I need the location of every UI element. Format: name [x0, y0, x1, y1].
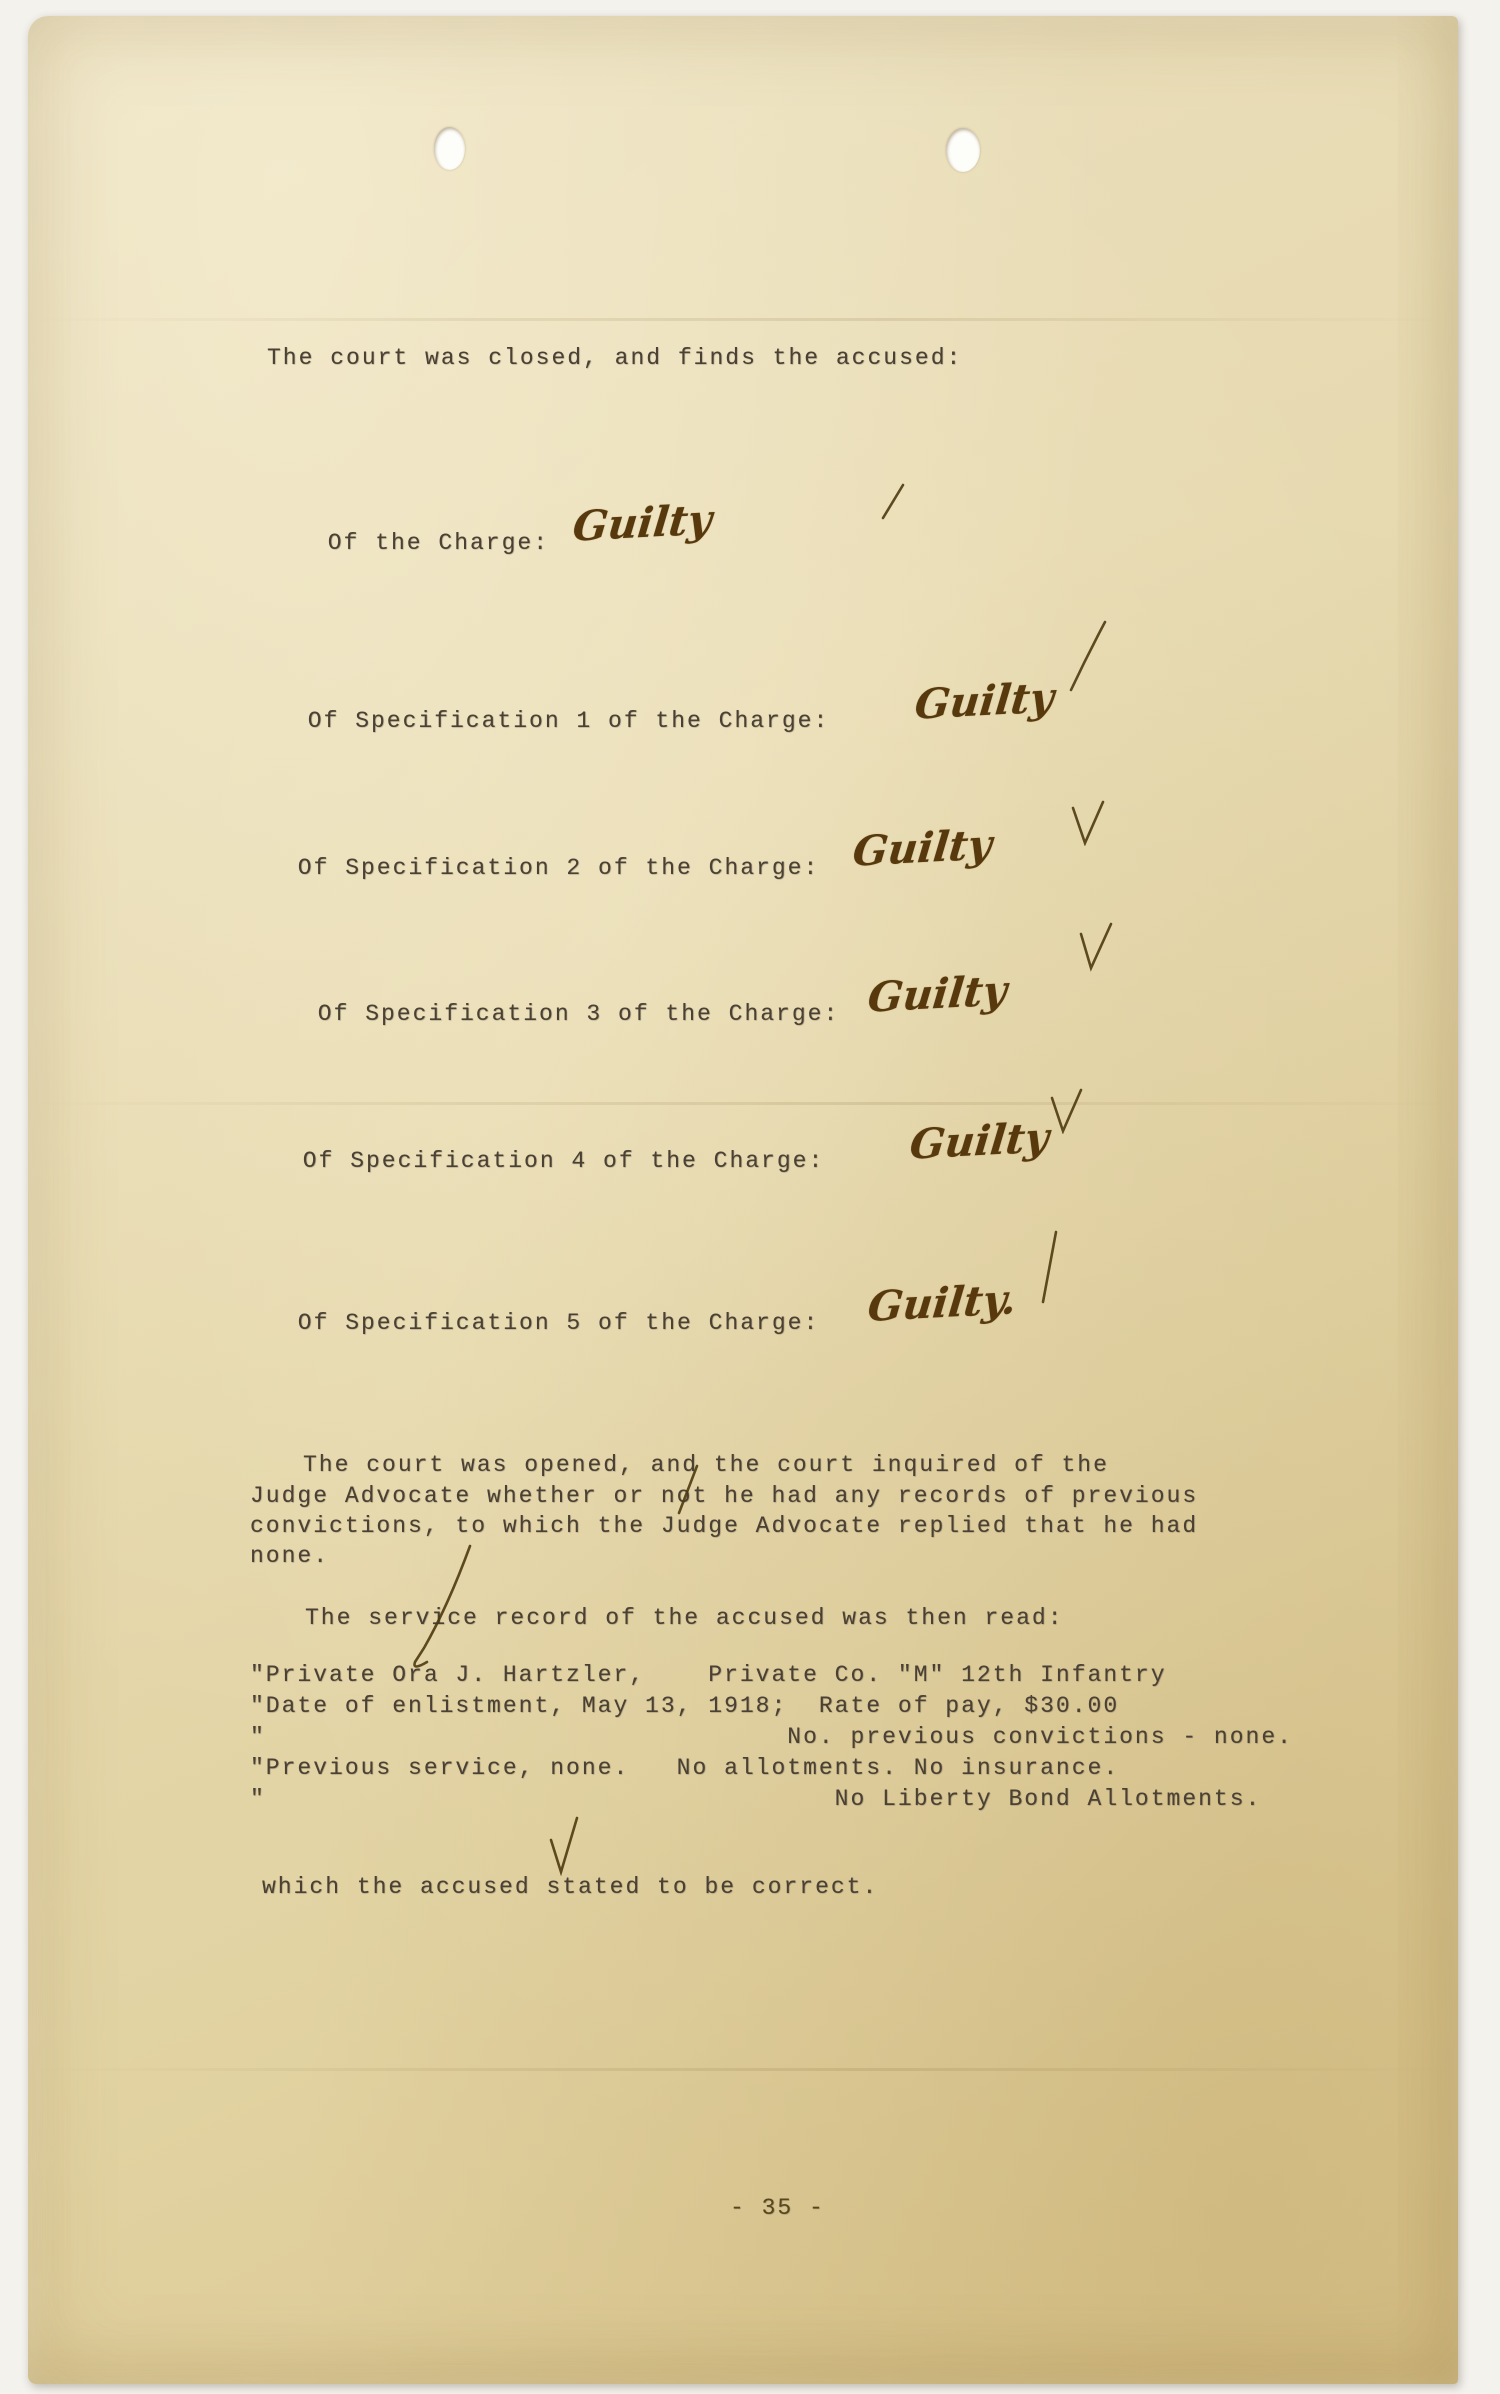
finding-row-spec3: Of Specification 3 of the Charge:Guilty	[300, 968, 1007, 1045]
handwritten-verdict: Guilty	[908, 1117, 1051, 1166]
finding-label: Of the Charge:	[328, 530, 549, 556]
paper-crease	[28, 1102, 1458, 1105]
tick-mark-icon	[1038, 1230, 1060, 1306]
finding-label: Of Specification 3 of the Charge:	[318, 1001, 839, 1027]
service-record-line: "Date of enlistment, May 13, 1918; Rate …	[250, 1693, 1119, 1719]
checkmark-icon	[880, 483, 906, 521]
punch-hole-left	[434, 127, 465, 170]
finding-label: Of Specification 5 of the Charge:	[298, 1310, 819, 1336]
paragraph-line: none.	[250, 1543, 329, 1569]
checkmark-icon	[1078, 922, 1114, 972]
page-number: - 35 -	[730, 2195, 825, 2221]
handwritten-verdict: Guilty	[866, 970, 1009, 1019]
finding-label: Of Specification 4 of the Charge:	[303, 1148, 824, 1174]
checkmark-icon	[548, 1816, 580, 1876]
service-record-line: "Previous service, none. No allotments. …	[250, 1755, 1119, 1781]
paragraph-line: The court was opened, and the court inqu…	[303, 1452, 1109, 1478]
checkmark-icon	[1050, 1088, 1084, 1134]
checkmark-icon	[1070, 800, 1106, 846]
finding-label: Of Specification 2 of the Charge:	[298, 855, 819, 881]
slash-mark-icon	[676, 1464, 700, 1516]
paper-crease	[28, 2068, 1458, 2071]
scanned-document-page: { "page": { "page_number": "- 35 -", "ty…	[0, 0, 1500, 2394]
handwritten-verdict: Guilty.	[866, 1279, 1018, 1328]
paragraph-line: convictions, to which the Judge Advocate…	[250, 1513, 1198, 1539]
handwritten-verdict: Guilty	[913, 677, 1056, 726]
finding-label: Of Specification 1 of the Charge:	[308, 708, 829, 734]
service-record-line: "Private Ora J. Hartzler, Private Co. "M…	[250, 1662, 1167, 1688]
finding-row-spec2: Of Specification 2 of the Charge:Guilty	[280, 822, 992, 899]
paragraph-line: Judge Advocate whether or not he had any…	[250, 1483, 1198, 1509]
slash-mark-icon	[1065, 620, 1109, 694]
service-record-line: " No Liberty Bond Allotments.	[250, 1786, 1261, 1812]
paper-sheet: The court was closed, and finds the accu…	[28, 16, 1458, 2384]
finding-row-spec4: Of Specification 4 of the Charge:Guilty	[285, 1115, 1049, 1192]
paper-crease	[28, 318, 1458, 321]
finding-row-spec5: Of Specification 5 of the Charge:Guilty.	[280, 1277, 1017, 1354]
handwritten-verdict: Guilty	[571, 499, 714, 548]
handwritten-verdict: Guilty	[851, 824, 994, 873]
finding-row-spec1: Of Specification 1 of the Charge:Guilty	[290, 675, 1054, 752]
punch-hole-right	[946, 128, 980, 172]
closing-line: which the accused stated to be correct.	[262, 1874, 878, 1900]
finding-row-charge: Of the Charge:Guilty	[310, 497, 712, 574]
service-record-line: " No. previous convictions - none.	[250, 1724, 1293, 1750]
findings-intro-line: The court was closed, and finds the accu…	[267, 345, 962, 371]
slash-mark-icon	[406, 1544, 478, 1676]
